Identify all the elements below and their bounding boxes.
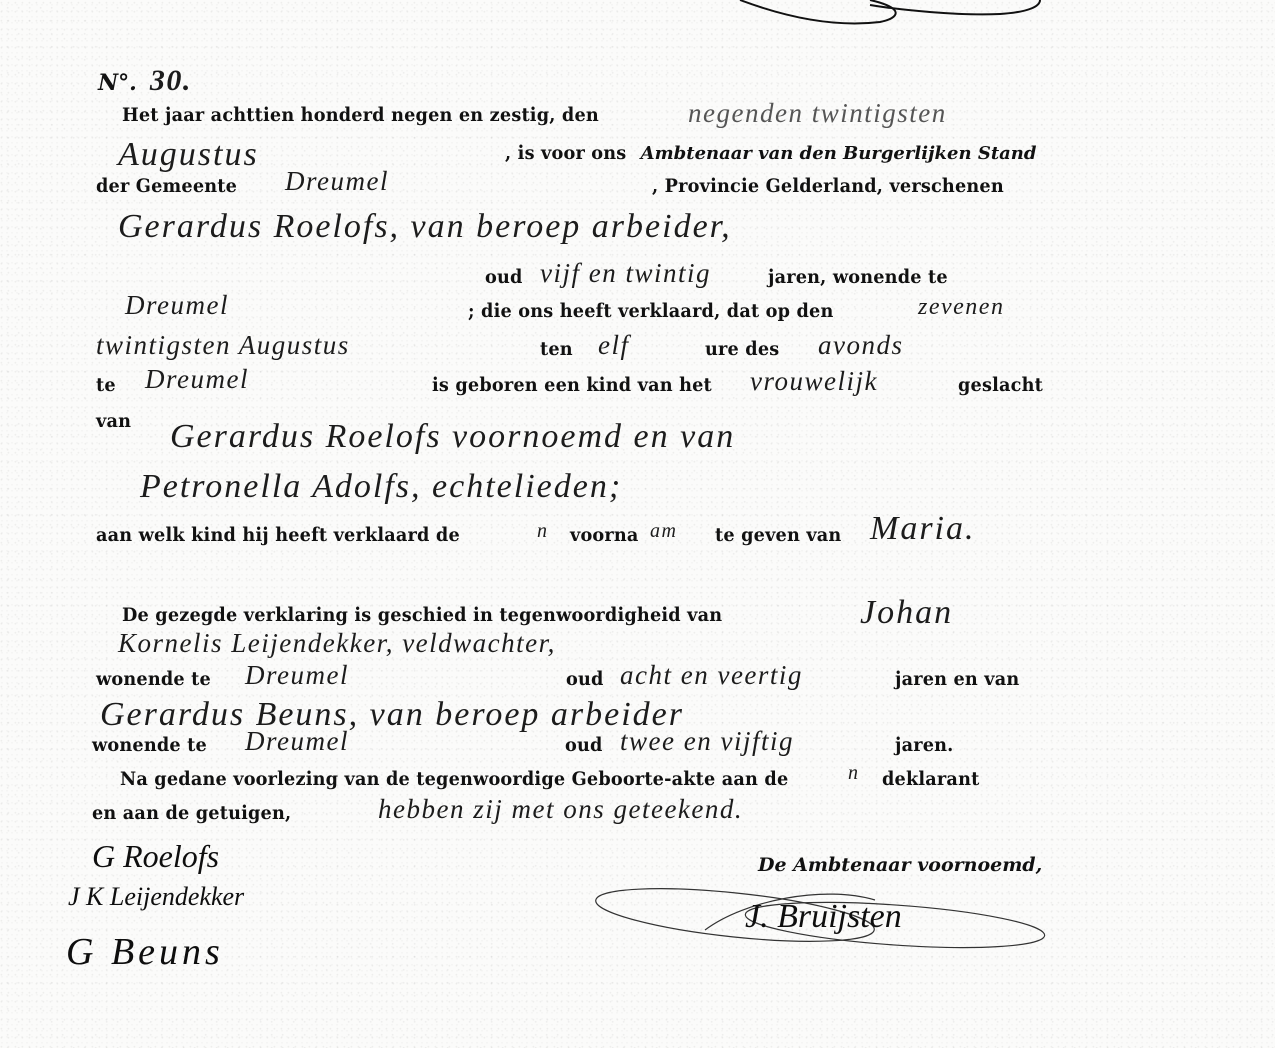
handwritten-time-of-day: avonds (818, 330, 904, 360)
line-5-hand: vijf en twintig (540, 258, 711, 289)
line-9: van (96, 410, 134, 432)
printed-text: oud (485, 266, 523, 288)
printed-italic-title: De Ambtenaar voornoemd, (758, 854, 1042, 876)
handwritten-age: vijf en twintig (540, 258, 711, 288)
handwritten-witness-1-residence: Dreumel (245, 660, 349, 690)
printed-text: ure des (705, 338, 779, 360)
handwritten-witness-1: Kornelis Leijendekker, veldwachter, (118, 628, 556, 658)
printed-text: jaren. (895, 734, 954, 756)
handwritten-witness-2-residence: Dreumel (245, 726, 349, 756)
printed-text: oud (565, 734, 603, 756)
handwritten-hour: elf (598, 330, 630, 360)
printed-text: wonende te (96, 668, 211, 690)
record-number: N°. 30. (98, 64, 192, 98)
printed-text: wonende te (92, 734, 207, 756)
line-12-hand: Johan (860, 594, 953, 632)
printed-text: , is voor ons (505, 142, 626, 164)
line-11-hand-a: n (537, 520, 549, 543)
printed-text: ; die ons heeft verklaard, dat op den (468, 300, 834, 322)
signature-witness-1: J K Leijendekker (68, 882, 244, 912)
handwritten-month: Augustus (118, 136, 259, 173)
line-14: wonende te (96, 668, 220, 690)
handwritten-correction: n (848, 762, 860, 784)
handwritten-witness-2-age: twee en vijftig (620, 726, 794, 756)
line-11: aan welk kind hij heeft verklaard de (96, 524, 487, 546)
handwritten-mother: Petronella Adolfs, echtelieden; (140, 468, 622, 505)
printed-text: en aan de getuigen, (92, 802, 291, 824)
printed-text: jaren, wonende te (768, 266, 948, 288)
printed-text: is geboren een kind van het (432, 374, 712, 396)
official-label: De Ambtenaar voornoemd, (758, 854, 1042, 876)
line-14c: jaren en van (895, 668, 1029, 690)
handwritten-sex: vrouwelijk (750, 366, 878, 396)
printed-text: te geven van (715, 524, 841, 546)
signature-text: G Roelofs (92, 838, 219, 874)
printed-text: aan welk kind hij heeft verklaard de (96, 524, 460, 546)
line-16-hand-b: twee en vijftig (620, 726, 794, 757)
line-6-hand-b: zevenen (918, 294, 1004, 321)
line-11-hand-b: am (650, 520, 677, 543)
line-6: ; die ons heeft verklaard, dat op den (468, 300, 861, 322)
printed-text: , Provincie Gelderland, verschenen (652, 175, 1004, 197)
line-11b: voorna (570, 524, 644, 546)
line-1: Het jaar achttien honderd negen en zesti… (122, 104, 635, 126)
line-9-hand: Gerardus Roelofs voornoemd en van (170, 418, 735, 456)
handwritten-declarant: Gerardus Roelofs, van beroep arbeider, (118, 208, 732, 245)
line-8-hand-b: vrouwelijk (750, 366, 878, 397)
printed-text: oud (566, 668, 604, 690)
previous-signature-flourish (700, 0, 1060, 30)
handwritten-witness-1-first: Johan (860, 594, 953, 631)
printed-text: voorna (570, 524, 639, 546)
handwritten-residence: Dreumel (125, 290, 229, 320)
line-2: , is voor ons Ambtenaar van den Burgerli… (505, 142, 1036, 164)
line-2-hand: Augustus (118, 136, 259, 174)
printed-text: van (96, 410, 131, 432)
handwritten-closing: hebben zij met ons geteekend. (378, 794, 743, 824)
handwritten-witness-2: Gerardus Beuns, van beroep arbeider (100, 696, 684, 733)
line-7-hand-c: avonds (818, 330, 904, 361)
signature-text: J. Bruijsten (745, 898, 902, 935)
handwritten-municipality: Dreumel (285, 166, 389, 196)
handwritten-date-day: negenden twintigsten (688, 98, 947, 128)
line-3: der Gemeente (96, 175, 248, 197)
handwritten-birthplace: Dreumel (145, 364, 249, 394)
handwritten-birth-date: twintigsten Augustus (96, 330, 350, 360)
line-16c: jaren. (895, 734, 958, 756)
handwritten-witness-1-age: acht en veertig (620, 660, 803, 690)
signature-declarant: G Roelofs (92, 838, 219, 875)
signature-text: G Beuns (66, 931, 224, 973)
line-4-hand: Gerardus Roelofs, van beroep arbeider, (118, 208, 732, 246)
printed-text: deklarant (882, 768, 979, 790)
printed-text: geslacht (958, 374, 1043, 396)
line-1-hand: negenden twintigsten (688, 98, 947, 129)
line-15-hand: Gerardus Beuns, van beroep arbeider (100, 696, 684, 734)
line-17-hand: n (848, 762, 860, 785)
line-17b: deklarant (882, 768, 987, 790)
line-7-hand-b: elf (598, 330, 630, 361)
line-16: wonende te (92, 734, 216, 756)
printed-text: jaren en van (895, 668, 1019, 690)
printed-text: Na gedane voorlezing van de tegenwoordig… (120, 768, 788, 790)
line-3b: , Provincie Gelderland, verschenen (652, 175, 1030, 197)
line-5: oud (485, 266, 525, 288)
line-13-hand: Kornelis Leijendekker, veldwachter, (118, 628, 556, 659)
line-8-hand-a: Dreumel (145, 364, 249, 395)
printed-text: De gezegde verklaring is geschied in teg… (122, 604, 722, 626)
handwritten-child-name: Maria. (870, 510, 976, 547)
printed-text: der Gemeente (96, 175, 237, 197)
signature-witness-2: G Beuns (66, 930, 224, 974)
line-8: te (96, 374, 117, 396)
printed-text: ten (540, 338, 573, 360)
line-3-hand: Dreumel (285, 166, 389, 197)
line-16b: oud (565, 734, 605, 756)
line-14b: oud (566, 668, 606, 690)
handwritten-correction: n (537, 520, 549, 542)
line-17: Na gedane voorlezing van de tegenwoordig… (120, 768, 839, 790)
line-12: De gezegde verklaring is geschied in teg… (122, 604, 767, 626)
line-6-hand: Dreumel (125, 290, 229, 321)
record-number-value: 30. (150, 64, 192, 97)
printed-text: te (96, 374, 116, 396)
line-11-hand-c: Maria. (870, 510, 976, 548)
line-8c: geslacht (958, 374, 1049, 396)
line-14-hand-a: Dreumel (245, 660, 349, 691)
line-10-hand: Petronella Adolfs, echtelieden; (140, 468, 622, 506)
handwritten-correction: am (650, 520, 677, 542)
line-8b: is geboren een kind van het (432, 374, 733, 396)
line-14-hand-b: acht en veertig (620, 660, 803, 691)
line-5b: jaren, wonende te (768, 266, 961, 288)
signature-official: J. Bruijsten (745, 898, 902, 936)
line-7-hand-a: twintigsten Augustus (96, 330, 350, 361)
line-16-hand-a: Dreumel (245, 726, 349, 757)
handwritten-birth-day: zevenen (918, 294, 1004, 320)
line-18: en aan de getuigen, (92, 802, 306, 824)
line-11c: te geven van (715, 524, 851, 546)
signature-text: J K Leijendekker (68, 882, 244, 911)
line-18-hand: hebben zij met ons geteekend. (378, 794, 743, 825)
record-number-label: N°. (98, 70, 137, 96)
printed-italic-title: Ambtenaar van den Burgerlijken Stand (641, 143, 1037, 164)
line-7b: ure des (705, 338, 785, 360)
printed-text: Het jaar achttien honderd negen en zesti… (122, 104, 599, 126)
line-7: ten (540, 338, 575, 360)
handwritten-father: Gerardus Roelofs voornoemd en van (170, 418, 735, 455)
